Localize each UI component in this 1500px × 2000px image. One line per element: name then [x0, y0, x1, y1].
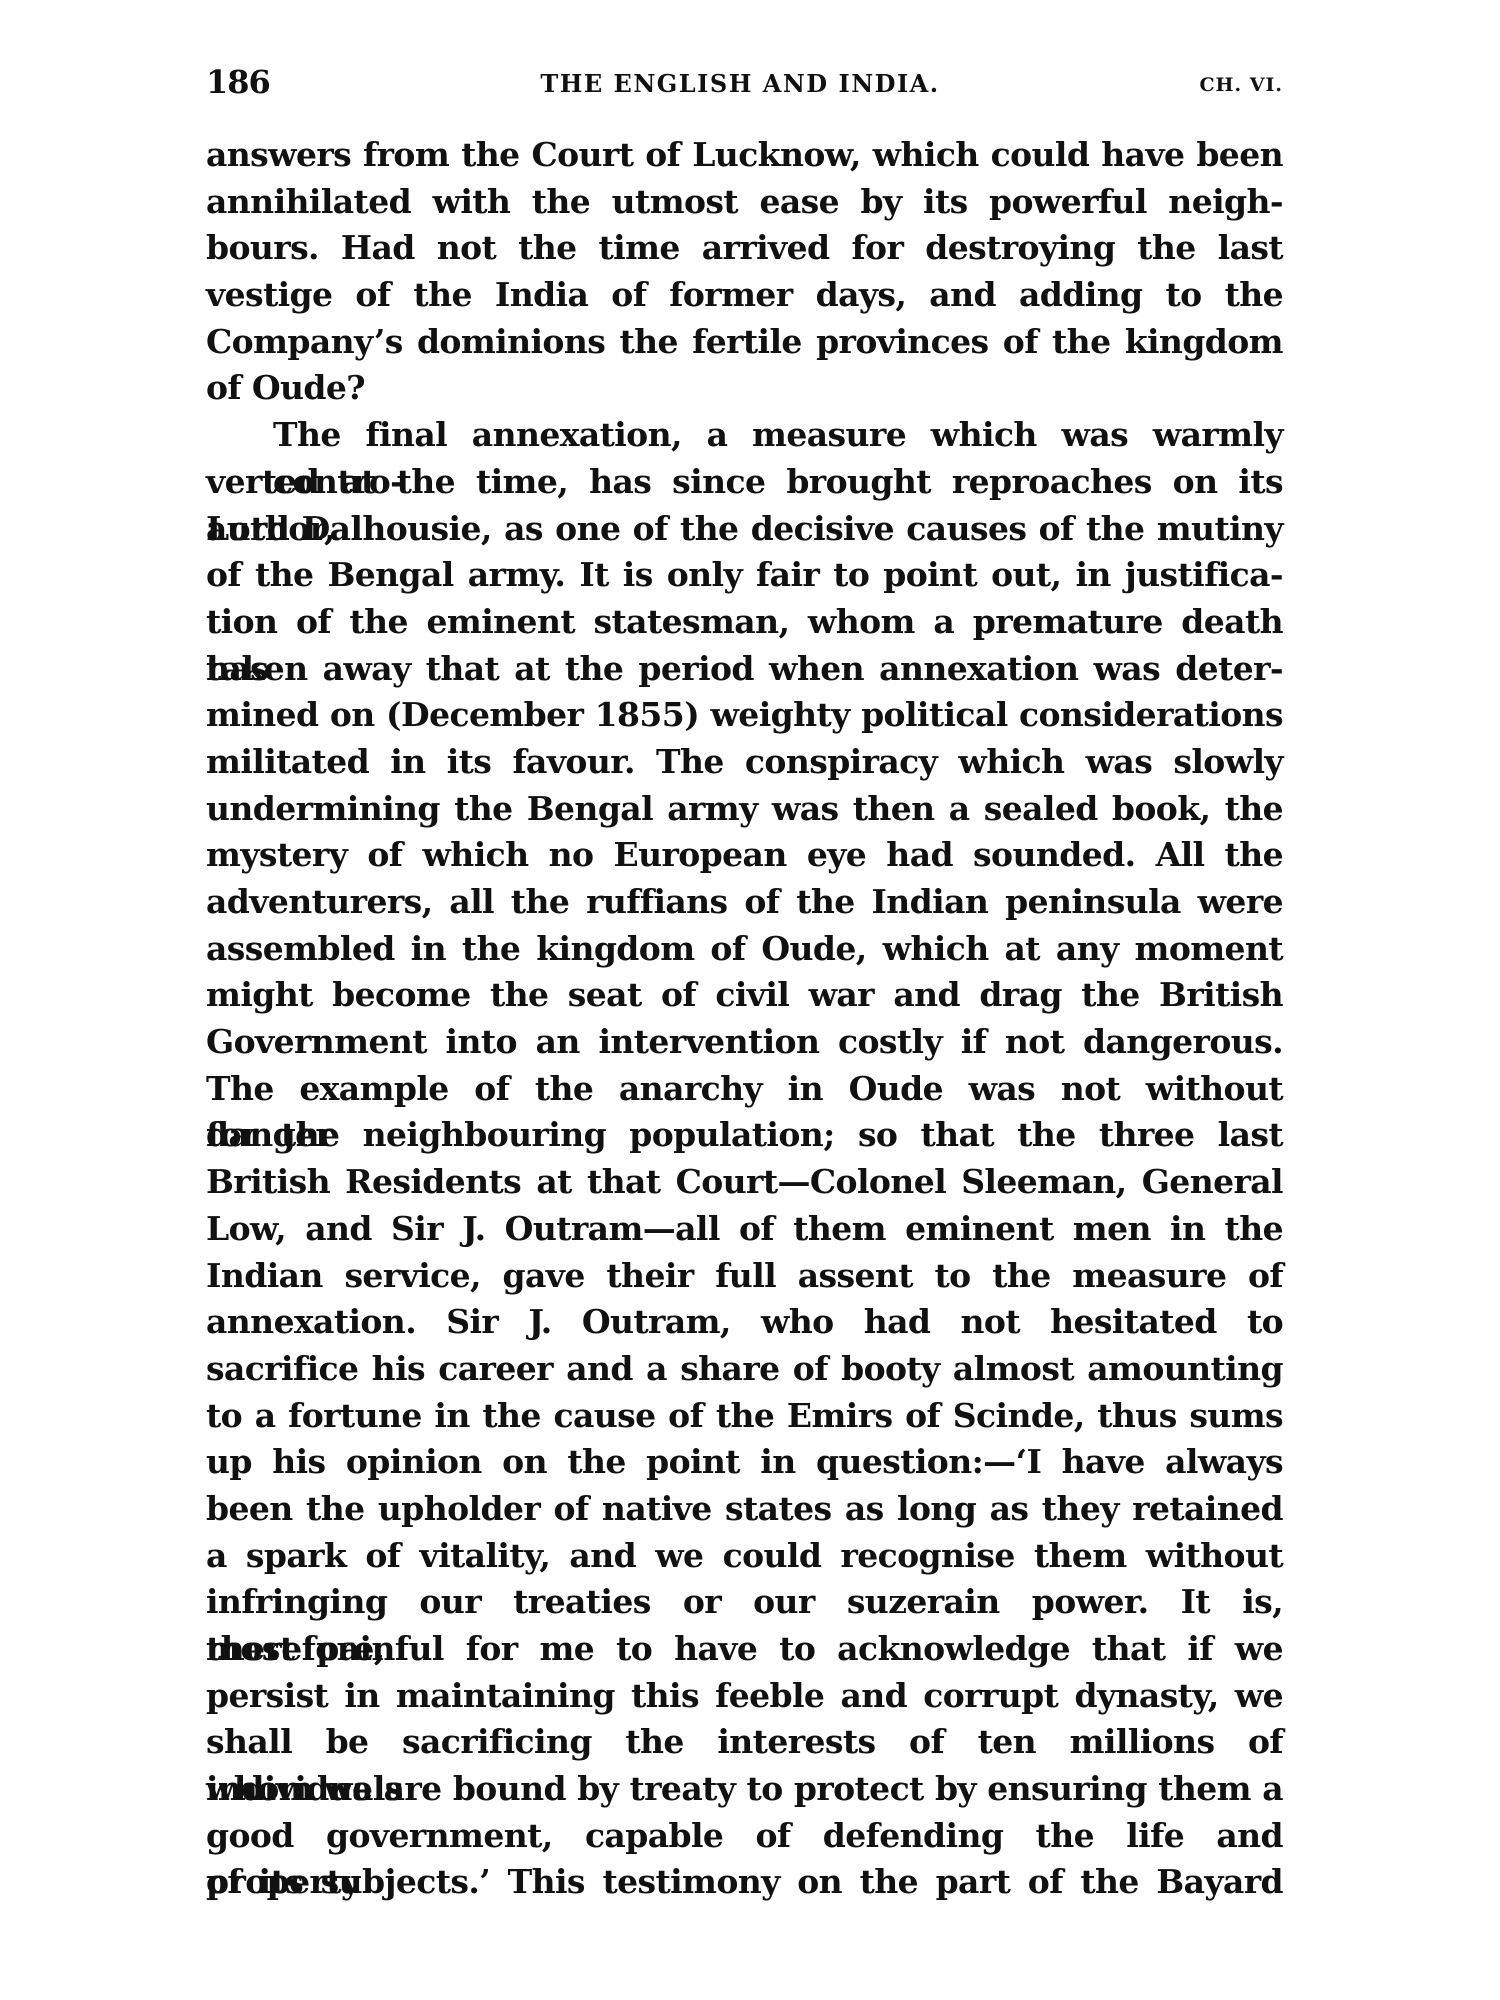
text-line: of Oude? — [206, 365, 1283, 412]
text-line-content: annihilated with the utmost ease by its … — [206, 179, 1283, 226]
text-line-content: most painful for me to have to acknowled… — [206, 1626, 1283, 1673]
text-line-content: of its subjects.’ This testimony on the … — [206, 1859, 1283, 1906]
text-line-content: a spark of vitality, and we could recogn… — [206, 1533, 1283, 1580]
text-line: mystery of which no European eye had sou… — [206, 832, 1283, 879]
text-line-content: taken away that at the period when annex… — [206, 646, 1283, 693]
book-page: 186 THE ENGLISH AND INDIA. CH. VI. answe… — [0, 0, 1500, 2000]
text-line: up his opinion on the point in question:… — [206, 1439, 1283, 1486]
text-line-content: mystery of which no European eye had sou… — [206, 832, 1283, 879]
text-line: assembled in the kingdom of Oude, which … — [206, 926, 1283, 973]
text-line-content: Lord Dalhousie, as one of the decisive c… — [206, 506, 1283, 553]
text-line-content: annexation. Sir J. Outram, who had not h… — [206, 1299, 1283, 1346]
text-line: for the neighbouring population; so that… — [206, 1112, 1283, 1159]
text-line: tion of the eminent statesman, whom a pr… — [206, 599, 1283, 646]
text-line: of the Bengal army. It is only fair to p… — [206, 552, 1283, 599]
text-line-content: vestige of the India of former days, and… — [206, 272, 1283, 319]
text-line-content: sacrifice his career and a share of boot… — [206, 1346, 1283, 1393]
text-line: been the upholder of native states as lo… — [206, 1486, 1283, 1533]
text-line: adventurers, all the ruffians of the Ind… — [206, 879, 1283, 926]
text-line: The example of the anarchy in Oude was n… — [206, 1066, 1283, 1113]
text-line-content: undermining the Bengal army was then a s… — [206, 786, 1283, 833]
text-line: sacrifice his career and a share of boot… — [206, 1346, 1283, 1393]
text-line: most painful for me to have to acknowled… — [206, 1626, 1283, 1673]
text-line-content: Indian service, gave their full assent t… — [206, 1253, 1283, 1300]
text-line: whom we are bound by treaty to protect b… — [206, 1766, 1283, 1813]
text-line-content: of the Bengal army. It is only fair to p… — [206, 552, 1283, 599]
text-line: of its subjects.’ This testimony on the … — [206, 1859, 1283, 1906]
text-line: Company’s dominions the fertile province… — [206, 319, 1283, 366]
text-line-content: Government into an intervention costly i… — [206, 1019, 1283, 1066]
text-line: verted at the time, has since brought re… — [206, 459, 1283, 506]
text-line-content: militated in its favour. The conspiracy … — [206, 739, 1283, 786]
text-line: militated in its favour. The conspiracy … — [206, 739, 1283, 786]
text-line-content: answers from the Court of Lucknow, which… — [206, 132, 1283, 179]
text-line: infringing our treaties or our suzerain … — [206, 1579, 1283, 1626]
text-line: Indian service, gave their full assent t… — [206, 1253, 1283, 1300]
text-line: The final annexation, a measure which wa… — [206, 412, 1283, 459]
text-line: might become the seat of civil war and d… — [206, 972, 1283, 1019]
text-line-content: up his opinion on the point in question:… — [206, 1439, 1283, 1486]
text-line: good government, capable of defending th… — [206, 1813, 1283, 1860]
text-line: vestige of the India of former days, and… — [206, 272, 1283, 319]
text-line: undermining the Bengal army was then a s… — [206, 786, 1283, 833]
text-line: Low, and Sir J. Outram—all of them emine… — [206, 1206, 1283, 1253]
text-line-content: adventurers, all the ruffians of the Ind… — [206, 879, 1283, 926]
text-line-content: whom we are bound by treaty to protect b… — [206, 1766, 1283, 1813]
text-line: taken away that at the period when annex… — [206, 646, 1283, 693]
page-number: 186 — [206, 62, 270, 102]
text-line-content: Low, and Sir J. Outram—all of them emine… — [206, 1206, 1283, 1253]
text-line: annihilated with the utmost ease by its … — [206, 179, 1283, 226]
text-line-content: for the neighbouring population; so that… — [206, 1112, 1283, 1159]
text-line: a spark of vitality, and we could recogn… — [206, 1533, 1283, 1580]
text-line-content: been the upholder of native states as lo… — [206, 1486, 1283, 1533]
text-line: persist in maintaining this feeble and c… — [206, 1673, 1283, 1720]
text-line-content: assembled in the kingdom of Oude, which … — [206, 926, 1283, 973]
text-line: bours. Had not the time arrived for dest… — [206, 225, 1283, 272]
running-title: THE ENGLISH AND INDIA. — [515, 68, 965, 100]
text-line: British Residents at that Court—Colonel … — [206, 1159, 1283, 1206]
text-line-content: might become the seat of civil war and d… — [206, 972, 1283, 1019]
running-head: 186 THE ENGLISH AND INDIA. CH. VI. — [206, 62, 1283, 102]
text-line-content: persist in maintaining this feeble and c… — [206, 1673, 1283, 1720]
text-line: mined on (December 1855) weighty politic… — [206, 692, 1283, 739]
paragraph-1: answers from the Court of Lucknow, which… — [206, 132, 1283, 412]
text-line: annexation. Sir J. Outram, who had not h… — [206, 1299, 1283, 1346]
body-text: answers from the Court of Lucknow, which… — [206, 132, 1283, 1906]
text-line-content: British Residents at that Court—Colonel … — [206, 1159, 1283, 1206]
text-line-content: of Oude? — [206, 365, 1283, 412]
text-line-content: bours. Had not the time arrived for dest… — [206, 225, 1283, 272]
paragraph-2: The final annexation, a measure which wa… — [206, 412, 1283, 1906]
text-line-content: to a fortune in the cause of the Emirs o… — [206, 1393, 1283, 1440]
text-line-content: mined on (December 1855) weighty politic… — [206, 692, 1283, 739]
text-line: answers from the Court of Lucknow, which… — [206, 132, 1283, 179]
text-line-content: Company’s dominions the fertile province… — [206, 319, 1283, 366]
text-line: Lord Dalhousie, as one of the decisive c… — [206, 506, 1283, 553]
chapter-mark: CH. VI. — [1199, 70, 1283, 100]
text-line: Government into an intervention costly i… — [206, 1019, 1283, 1066]
text-line: shall be sacrificing the interests of te… — [206, 1719, 1283, 1766]
text-line: to a fortune in the cause of the Emirs o… — [206, 1393, 1283, 1440]
